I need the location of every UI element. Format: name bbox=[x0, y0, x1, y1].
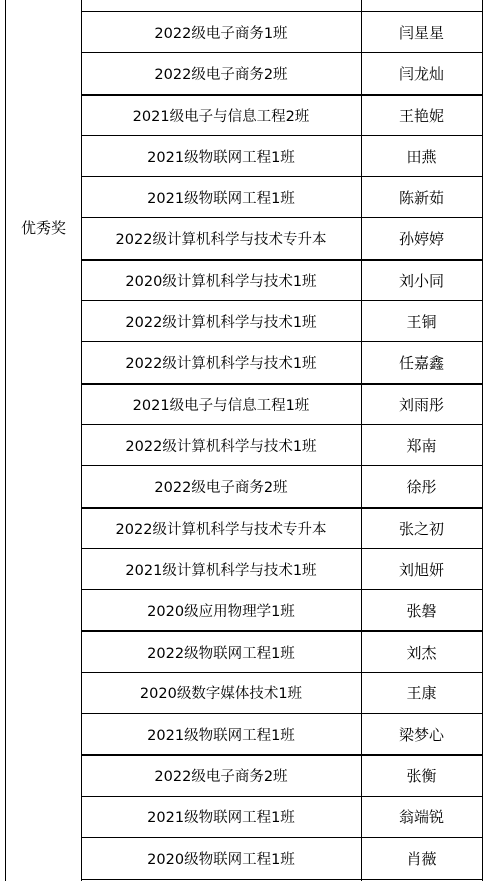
award-category-label: 优秀奖 bbox=[6, 210, 81, 244]
student-name-cell: 刘雨彤 bbox=[361, 385, 482, 424]
table-row: 2021级电子与信息工程1班 刘雨彤 bbox=[81, 383, 483, 424]
class-cell: 2022级计算机科学与技术1班 bbox=[81, 301, 361, 341]
class-cell: 2022级计算机科学与技术1班 bbox=[81, 425, 361, 465]
table-row: 2022级电子商务2班 闫龙灿 bbox=[81, 52, 483, 93]
class-cell: 2022级物联网工程1班 bbox=[81, 632, 361, 671]
class-cell: 2020级物联网工程1班 bbox=[81, 838, 361, 878]
table-row: 2020级物联网工程1班 肖薇 bbox=[81, 837, 483, 878]
student-name-cell: 梁梦心 bbox=[361, 714, 482, 754]
previous-row-partial bbox=[81, 0, 483, 11]
table-row: 2022级计算机科学与技术1班 任嘉鑫 bbox=[81, 341, 483, 382]
class-cell: 2020级应用物理学1班 bbox=[81, 590, 361, 630]
student-name-cell: 田燕 bbox=[361, 136, 482, 176]
student-name-cell: 王康 bbox=[361, 673, 482, 713]
student-name-cell: 王铜 bbox=[361, 301, 482, 341]
table-row: 2022级电子商务1班 闫星星 bbox=[81, 11, 483, 52]
class-cell: 2021级物联网工程1班 bbox=[81, 797, 361, 837]
table-row: 2022级计算机科学与技术1班 郑南 bbox=[81, 424, 483, 465]
student-name-cell: 刘小同 bbox=[361, 261, 482, 300]
table-row: 2021级物联网工程1班 梁梦心 bbox=[81, 713, 483, 754]
class-cell: 2022级电子商务1班 bbox=[81, 12, 361, 52]
table-row: 2020级数字媒体技术1班 王康 bbox=[81, 672, 483, 713]
class-cell: 2021级电子与信息工程1班 bbox=[81, 385, 361, 424]
class-cell: 2022级电子商务2班 bbox=[81, 53, 361, 93]
student-name-cell: 孙婷婷 bbox=[361, 218, 482, 258]
class-cell: 2021级物联网工程1班 bbox=[81, 714, 361, 754]
student-name-cell: 闫龙灿 bbox=[361, 53, 482, 93]
class-cell: 2020级计算机科学与技术1班 bbox=[81, 261, 361, 300]
class-cell: 2022级电子商务2班 bbox=[81, 466, 361, 506]
student-name-cell: 张衡 bbox=[361, 756, 482, 795]
class-cell: 2022级计算机科学与技术专升本 bbox=[81, 218, 361, 258]
table-row: 2021级物联网工程1班 翁端锐 bbox=[81, 796, 483, 837]
student-name-cell: 翁端锐 bbox=[361, 797, 482, 837]
table-bottom-line bbox=[81, 879, 483, 880]
student-name-cell: 张磐 bbox=[361, 590, 482, 630]
table-row: 2022级计算机科学与技术专升本 孙婷婷 bbox=[81, 217, 483, 258]
class-cell: 2021级物联网工程1班 bbox=[81, 136, 361, 176]
table-row: 2021级物联网工程1班 陈新茹 bbox=[81, 176, 483, 217]
table-row: 2020级应用物理学1班 张磐 bbox=[81, 589, 483, 630]
student-name-cell: 郑南 bbox=[361, 425, 482, 465]
table-left-border bbox=[5, 0, 6, 881]
student-name-cell: 徐彤 bbox=[361, 466, 482, 506]
table-row: 2022级计算机科学与技术专升本 张之初 bbox=[81, 507, 483, 548]
student-name-cell: 王艳妮 bbox=[361, 96, 482, 135]
table-row: 2020级计算机科学与技术1班 刘小同 bbox=[81, 259, 483, 300]
table-body: 2022级电子商务1班 闫星星 2022级电子商务2班 闫龙灿 2021级电子与… bbox=[81, 11, 483, 878]
class-cell: 2020级数字媒体技术1班 bbox=[81, 673, 361, 713]
class-cell: 2022级计算机科学与技术1班 bbox=[81, 342, 361, 382]
student-name-cell: 陈新茹 bbox=[361, 177, 482, 217]
student-name-cell: 刘旭妍 bbox=[361, 549, 482, 589]
student-name-cell: 张之初 bbox=[361, 509, 482, 548]
class-cell: 2022级电子商务2班 bbox=[81, 756, 361, 795]
table-row: 2022级物联网工程1班 刘杰 bbox=[81, 630, 483, 671]
table-row: 2021级物联网工程1班 田燕 bbox=[81, 135, 483, 176]
table-row: 2022级计算机科学与技术1班 王铜 bbox=[81, 300, 483, 341]
student-name-cell: 闫星星 bbox=[361, 12, 482, 52]
class-cell: 2021级物联网工程1班 bbox=[81, 177, 361, 217]
student-name-cell: 任嘉鑫 bbox=[361, 342, 482, 382]
class-cell: 2022级计算机科学与技术专升本 bbox=[81, 509, 361, 548]
table-row: 2021级计算机科学与技术1班 刘旭妍 bbox=[81, 548, 483, 589]
table-row: 2021级电子与信息工程2班 王艳妮 bbox=[81, 94, 483, 135]
student-name-cell: 刘杰 bbox=[361, 632, 482, 671]
table-row: 2022级电子商务2班 张衡 bbox=[81, 754, 483, 795]
class-cell: 2021级计算机科学与技术1班 bbox=[81, 549, 361, 589]
class-cell: 2021级电子与信息工程2班 bbox=[81, 96, 361, 135]
student-name-cell: 肖薇 bbox=[361, 838, 482, 878]
table-row: 2022级电子商务2班 徐彤 bbox=[81, 465, 483, 506]
